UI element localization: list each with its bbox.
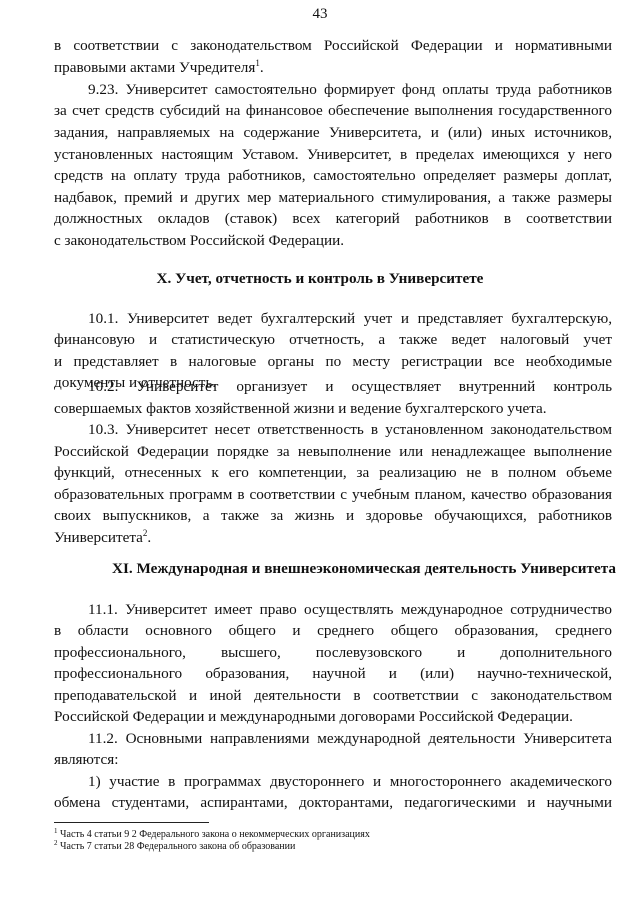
paragraph-line: Российской Федерации и международными до…: [54, 707, 612, 726]
paragraph-line: совершаемых фактов хозяйственной жизни и…: [54, 399, 612, 418]
paragraph-line: Российской Федерации порядке за невыполн…: [54, 442, 612, 461]
paragraph-line: 9.23. Университет самостоятельно формиру…: [88, 80, 612, 99]
paragraph-line: за счет средств субсидий на финансовое о…: [54, 101, 612, 120]
footnote-2: 2 Часть 7 статьи 28 Федерального закона …: [54, 841, 295, 853]
paragraph-line: финансовую и статистическую отчетность, …: [54, 330, 612, 349]
paragraph-line: своих выпускников, а также за жизнь и зд…: [54, 506, 612, 525]
paragraph-line: и представляет в налоговые органы по мес…: [54, 352, 612, 371]
footnote-1: 1 Часть 4 статьи 9 2 Федерального закона…: [54, 829, 370, 841]
page-number: 43: [0, 6, 640, 23]
paragraph-line: в области основного общего и среднего об…: [54, 621, 612, 640]
paragraph-line: правовыми актами Учредителя1.: [54, 58, 612, 77]
paragraph-line: Университета2.: [54, 528, 612, 547]
paragraph-line: 11.1. Университет имеет право осуществля…: [88, 600, 612, 619]
paragraph-line: 11.2. Основными направлениями международ…: [88, 729, 612, 748]
section-heading-xi: XI. Международная и внешнеэкономическая …: [44, 559, 640, 578]
paragraph-line: в соответствии с законодательством Росси…: [54, 36, 612, 55]
paragraph-line: 10.1. Университет ведет бухгалтерский уч…: [88, 309, 612, 328]
paragraph-line: установленных настоящим Уставом. Универс…: [54, 145, 612, 164]
footnote-separator: [54, 822, 209, 823]
paragraph-line: являются:: [54, 750, 612, 769]
paragraph-line: с законодательством Российской Федерации…: [54, 231, 612, 250]
paragraph-line: обмена студентами, аспирантами, докторан…: [54, 793, 612, 812]
paragraph-line: 10.3. Университет несет ответственность …: [88, 420, 612, 439]
paragraph-line: профессионального образования, научной и…: [54, 664, 612, 683]
paragraph-line: надбавок, премий и других мер материальн…: [54, 188, 612, 207]
paragraph-line: задания, направляемых на содержание Унив…: [54, 123, 612, 142]
paragraph-line: функций, отнесенных к его компетенции, з…: [54, 463, 612, 482]
paragraph-line: 1) участие в программах двустороннего и …: [88, 772, 612, 791]
paragraph-line: преподавательской и иной деятельности в …: [54, 686, 612, 705]
paragraph-line: должностных окладов (ставок) всех катего…: [54, 209, 612, 228]
paragraph-line: средств на оплату труда работников, само…: [54, 166, 612, 185]
section-heading-x: X. Учет, отчетность и контроль в Универс…: [0, 269, 640, 288]
paragraph-line: образовательных программ в соответствии …: [54, 485, 612, 504]
paragraph-line: 10.2. Университет организует и осуществл…: [88, 377, 612, 396]
paragraph-line: профессионального, высшего, послевузовск…: [54, 643, 612, 662]
